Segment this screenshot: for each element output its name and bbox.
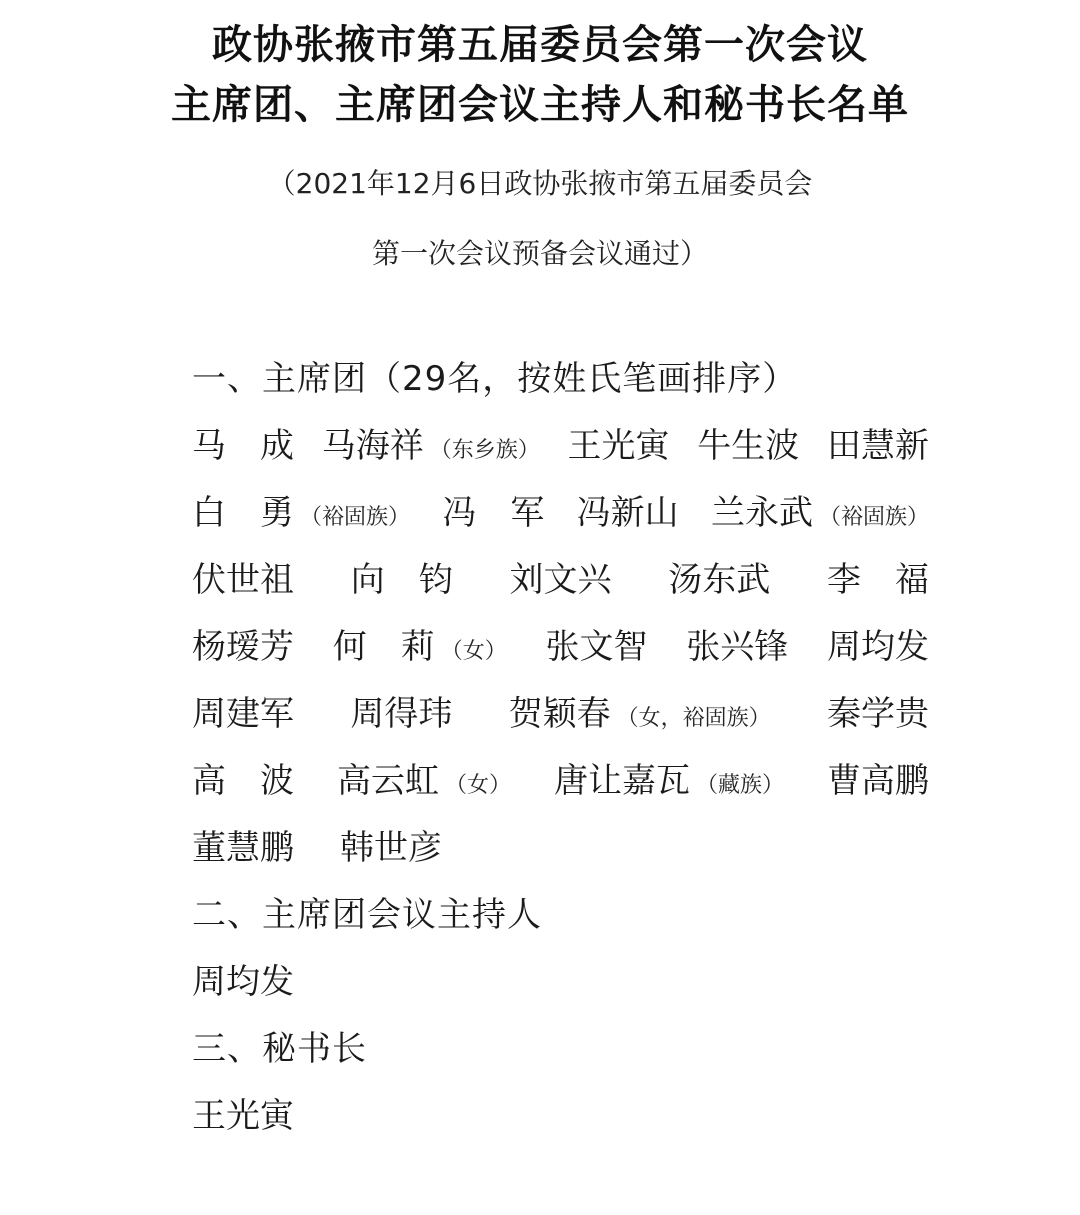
member-row-3: 伏世祖 向 钧 刘文兴 汤东武 李 福 [192, 547, 929, 614]
doc-title-line-2: 主席团、主席团会议主持人和秘书长名单 [0, 82, 1080, 128]
member-row-5: 周建军 周得玮 贺颖春（女，裕固族） 秦学贵 [192, 681, 929, 748]
member-name: 向 钧 [351, 560, 453, 600]
member-name: 唐让嘉瓦 [554, 761, 690, 801]
member: 曹高鹏 [827, 748, 929, 815]
member-name: 韩世彦 [340, 828, 442, 868]
member: 周建军 [192, 681, 294, 748]
member: 贺颖春（女，裕固族） [509, 681, 771, 752]
member: 白 勇（裕固族） [192, 480, 410, 551]
member: 兰永武（裕固族） [711, 480, 929, 551]
member: 张文智 [545, 614, 647, 681]
member-name: 何 莉 [333, 627, 435, 667]
doc-title-line-1: 政协张掖市第五届委员会第一次会议 [0, 22, 1080, 68]
member: 周得玮 [350, 681, 452, 748]
member-name: 王光寅 [567, 426, 669, 466]
member: 韩世彦 [340, 815, 442, 882]
ethnic-note: （裕固族） [819, 505, 929, 530]
member: 张兴锋 [686, 614, 788, 681]
member-name: 周建军 [192, 694, 294, 734]
member: 秦学贵 [827, 681, 929, 748]
section-2-heading: 二、主席团会议主持人 [192, 882, 929, 949]
member-name: 杨瑷芳 [192, 627, 294, 667]
member: 马海祥（东乡族） [322, 413, 540, 484]
member-name: 马 成 [192, 426, 294, 466]
section-1-heading: 一、主席团（29名，按姓氏笔画排序） [192, 346, 929, 413]
member: 田慧新 [827, 413, 929, 480]
member-name: 周均发 [827, 627, 929, 667]
secretary-general-name: 王光寅 [192, 1083, 929, 1150]
doc-subtitle-line-1: （2021年12月6日政协张掖市第五届委员会 [0, 166, 1080, 202]
member-name: 马海祥 [322, 426, 424, 466]
ethnic-note: （裕固族） [300, 505, 410, 530]
member-name: 白 勇 [192, 493, 294, 533]
ethnic-note: （东乡族） [430, 438, 540, 463]
member: 刘文兴 [510, 547, 612, 614]
gender-note: （女） [441, 639, 507, 664]
member: 李 福 [827, 547, 929, 614]
member: 董慧鹏 [192, 815, 294, 882]
member: 马 成 [192, 413, 294, 480]
member-name: 兰永武 [711, 493, 813, 533]
member-name: 曹高鹏 [827, 761, 929, 801]
ethnic-note: （藏族） [696, 773, 784, 798]
member: 牛生波 [697, 413, 799, 480]
section-3-heading: 三、秘书长 [192, 1016, 929, 1083]
member: 唐让嘉瓦（藏族） [554, 748, 784, 819]
member-row-2: 白 勇（裕固族） 冯 军 冯新山 兰永武（裕固族） [192, 480, 929, 547]
member-name: 刘文兴 [510, 560, 612, 600]
member: 高云虹（女） [337, 748, 511, 819]
member: 高 波 [192, 748, 294, 815]
member-name: 张兴锋 [686, 627, 788, 667]
member-name: 张文智 [545, 627, 647, 667]
member-name: 董慧鹏 [192, 828, 294, 868]
member-row-6: 高 波 高云虹（女） 唐让嘉瓦（藏族） 曹高鹏 [192, 748, 929, 815]
member-name: 高云虹 [337, 761, 439, 801]
member-name: 田慧新 [827, 426, 929, 466]
member-name: 秦学贵 [827, 694, 929, 734]
doc-subtitle-line-2: 第一次会议预备会议通过） [0, 236, 1080, 272]
member: 周均发 [827, 614, 929, 681]
member-name: 贺颖春 [509, 694, 611, 734]
member: 杨瑷芳 [192, 614, 294, 681]
member-name: 周得玮 [350, 694, 452, 734]
member-name: 冯 军 [442, 493, 544, 533]
member-name: 高 波 [192, 761, 294, 801]
member-name: 李 福 [827, 560, 929, 600]
member-row-7: 董慧鹏 韩世彦 [192, 815, 929, 882]
gender-ethnic-note: （女，裕固族） [617, 706, 771, 731]
document-body: 一、主席团（29名，按姓氏笔画排序） 马 成 马海祥（东乡族） 王光寅 牛生波 … [192, 346, 929, 1150]
document-page: 政协张掖市第五届委员会第一次会议 主席团、主席团会议主持人和秘书长名单 （202… [0, 0, 1080, 1215]
member: 汤东武 [668, 547, 770, 614]
member-row-1: 马 成 马海祥（东乡族） 王光寅 牛生波 田慧新 [192, 413, 929, 480]
moderator-name: 周均发 [192, 949, 929, 1016]
member: 向 钧 [351, 547, 453, 614]
member: 伏世祖 [192, 547, 294, 614]
member-row-4: 杨瑷芳 何 莉（女） 张文智 张兴锋 周均发 [192, 614, 929, 681]
member: 冯新山 [577, 480, 679, 547]
member-name: 牛生波 [697, 426, 799, 466]
member: 王光寅 [567, 413, 669, 480]
member-name: 冯新山 [577, 493, 679, 533]
member-name: 伏世祖 [192, 560, 294, 600]
member: 冯 军 [442, 480, 544, 547]
member: 何 莉（女） [333, 614, 507, 685]
member-name: 汤东武 [668, 560, 770, 600]
gender-note: （女） [445, 773, 511, 798]
